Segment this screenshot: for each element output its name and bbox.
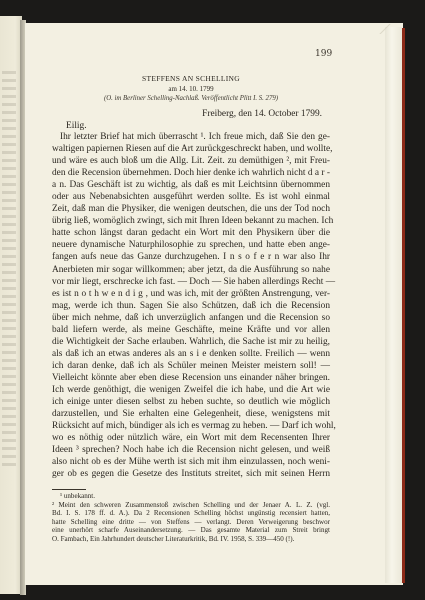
previous-page-text-bleed [2,71,16,471]
body-line: vor mir liegt, erschrecke ich fast. — Do… [52,276,330,288]
body-line: ich einige unter diesen selbst zu heben … [52,396,330,408]
body-line: fangen aufs neue das Ganze durchzugehen.… [52,251,330,263]
body-line: und wäre es auch bloß um die Allg. Lit. … [52,155,330,167]
body-line: als daß ich an etwas anderes als an s i … [52,348,330,360]
body-line: Anerbieten mir sogar willkommen; aber je… [52,264,330,276]
body-line: wo es nöthig oder nützlich wäre, ein Wor… [52,432,330,444]
body-line: Ihr letzter Brief hat mich überrascht ¹.… [52,131,330,143]
previous-page-edge [0,16,22,594]
footnote-1: ¹ unbekannt. [52,492,330,500]
place-date: Freiberg, den 14. October 1799. [52,109,330,119]
body-line: die Wichtigkeit der Sache erlauben. Wahr… [52,336,330,348]
footnote-2-cont: eine unerhört scharfe Auseinandersetzung… [52,526,330,534]
footnotes: ¹ unbekannt. ² Meint den schweren Zusamm… [52,492,330,543]
body-line: also nicht ob es der Mühe werth ist sich… [52,456,330,468]
letter-title: STEFFENS AN SCHELLING [52,74,330,83]
body-line: Rücksicht auf mich, bündiger als ich es … [52,420,330,432]
body-line: den die Recension übernehmen. Doch hier … [52,167,330,179]
footnote-2-cont: Bd. I. S. 178 ff. d. A.). Da 2 Recension… [52,509,330,517]
footnote-2-cont: hatte Schelling eine dritte — von Steffe… [52,518,330,526]
body-line: oder aus Nebenabsichten ausgeführt werde… [52,191,330,203]
body-line: mag, werde ich thun. Sagen Sie also Schü… [52,300,330,312]
body-line: waltigen papiernen Riesen auf die Art zu… [52,143,330,155]
footnote-divider [52,489,86,490]
letter-date: am 14. 10. 1799 [52,85,330,93]
body-line: a n. Das Geschäft ist zu wichtig, als da… [52,179,330,191]
salutation: Eilig. [52,121,330,131]
footnote-2: ² Meint den schweren Zusammenstoß zwisch… [52,501,330,509]
body-line: es ist n o t h w e n d i g , und was ich… [52,288,330,300]
body-line: übrig ließ, womöglich zwingt, sich mit I… [52,215,330,227]
body-line: hatte schon längst daran gedacht ein Wor… [52,227,330,239]
page-stack-edge [385,27,402,583]
body-line: bald liefern werde, als meine Geschäfte,… [52,324,330,336]
page-content: STEFFENS AN SCHELLING am 14. 10. 1799 (O… [52,50,330,543]
book-cover-edge [402,28,405,583]
body-line: Ich werde genöthigt, die wenigen Zweifel… [52,384,330,396]
letter-source: (O. im Berliner Schelling-Nachlaß. Veröf… [52,95,330,102]
body-line: ger ob es gegen die Gesetze des Institut… [52,468,330,480]
body-line: Zeit, daß man die Physiker, die wenigen … [52,203,330,215]
footnote-2-cont: O. Fambach, Ein Jahrhundert deutscher Li… [52,535,330,543]
body-line: Vielleicht könnte aber eben diese Recens… [52,372,330,384]
letter-body: Ihr letzter Brief hat mich überrascht ¹.… [52,131,330,480]
body-line: Ideen ³ sprechen? Noch habe ich die Rece… [52,444,330,456]
body-line: über mich nehme, daß ich unverzüglich an… [52,312,330,324]
page-corner [378,24,392,34]
body-line: ich daran denke, daß ich als Schüler mei… [52,360,330,372]
body-line: neuere dynamische Naturphilosophie zu sp… [52,239,330,251]
body-line: darzustellen, und Sie erhalten eine Gele… [52,408,330,420]
